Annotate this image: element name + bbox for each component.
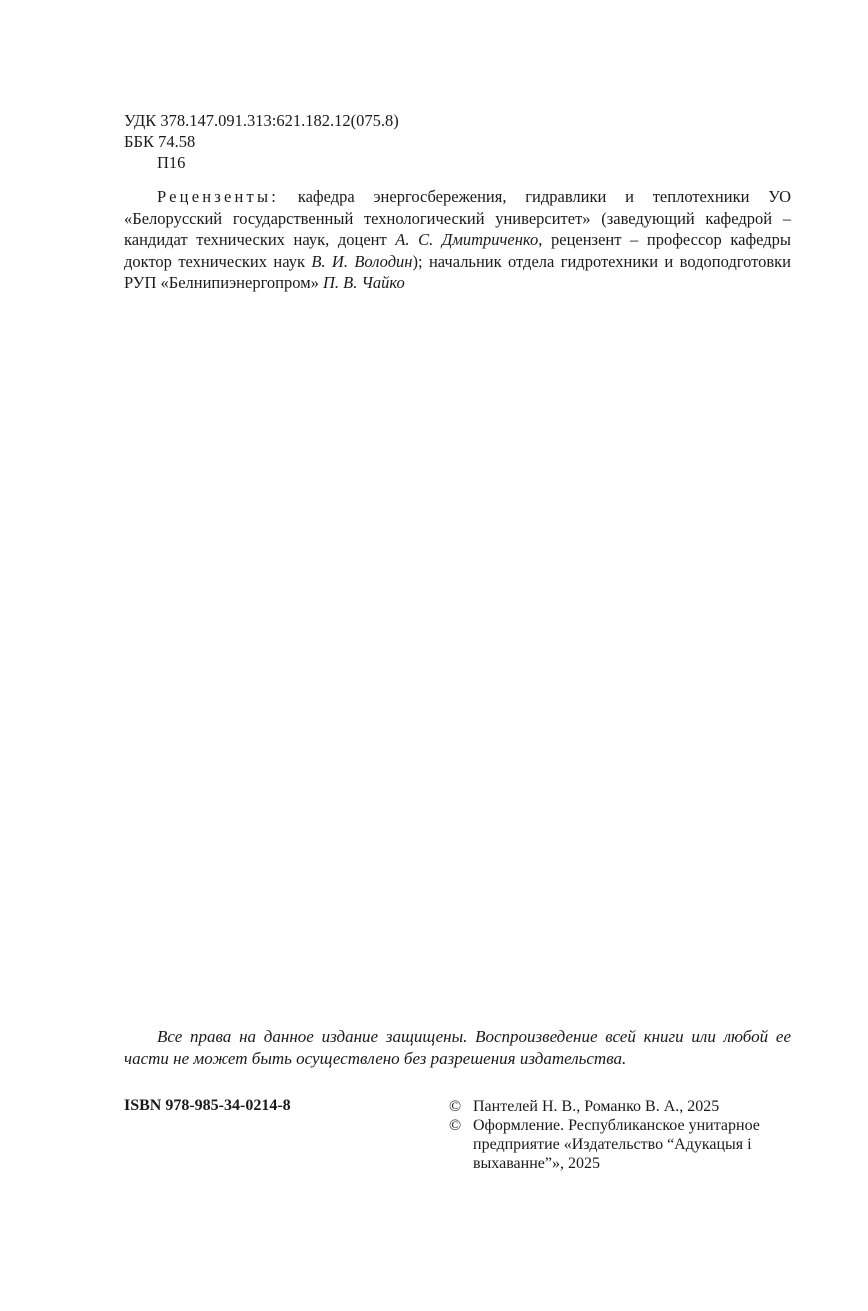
reviewer-name-3: П. В. Чайко [323, 273, 405, 292]
reviewers-label: Рецензенты: [157, 187, 279, 206]
classification-codes: УДК 378.147.091.313:621.182.12(075.8) ББ… [124, 110, 399, 173]
author-mark: П16 [124, 152, 399, 173]
udk-code: УДК 378.147.091.313:621.182.12(075.8) [124, 110, 399, 131]
reviewers-paragraph: Рецензенты: кафедра энергосбережения, ги… [124, 186, 791, 294]
copyright-icon: © [449, 1116, 473, 1135]
reviewer-name-2: В. И. Володин [311, 252, 412, 271]
copyright-text: Оформление. Республиканское унитарное пр… [473, 1116, 794, 1173]
book-imprint-page: УДК 378.147.091.313:621.182.12(075.8) ББ… [0, 0, 868, 1311]
copyright-entry-publisher: © Оформление. Республиканское унитарное … [449, 1116, 794, 1173]
rights-notice: Все права на данное издание защищены. Во… [124, 1026, 791, 1070]
copyright-text: Пантелей Н. В., Романко В. А., 2025 [473, 1097, 794, 1116]
copyright-block: © Пантелей Н. В., Романко В. А., 2025 © … [449, 1097, 794, 1173]
bbk-code: ББК 74.58 [124, 131, 399, 152]
reviewer-name-1: А. С. Дмитриченко [395, 230, 538, 249]
copyright-entry-authors: © Пантелей Н. В., Романко В. А., 2025 [449, 1097, 794, 1116]
isbn: ISBN 978-985-34-0214-8 [124, 1097, 291, 1115]
copyright-icon: © [449, 1097, 473, 1116]
